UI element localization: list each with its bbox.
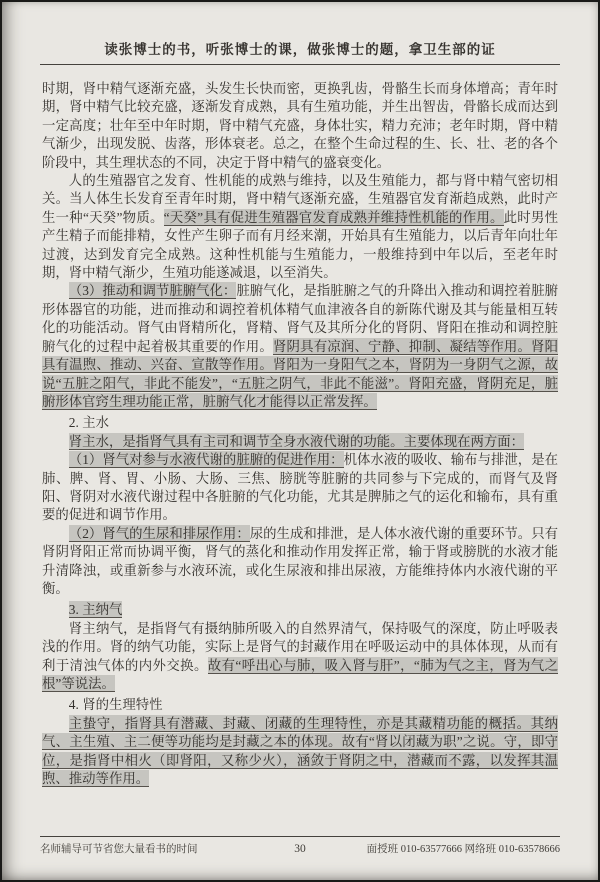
paragraph: （3）推动和调节脏腑气化：脏腑气化，是指脏腑之气的升降出入推动和调控着脏腑形体器… (42, 282, 558, 411)
page-header-slogan: 读张博士的书，听张博士的课，做张博士的题，拿卫生部的证 (40, 38, 560, 65)
paragraph: （1）肾气对参与水液代谢的脏腑的促进作用：机体水液的吸收、输布与排泄，是在肺、脾… (42, 451, 558, 525)
document-body: 时期，肾中精气逐渐充盛，头发生长快而密，更换乳齿，骨骼生长而身体增高；青年时期，… (42, 80, 558, 788)
section-heading: 4. 肾的生理特性 (42, 696, 558, 714)
paragraph: （2）肾气的生尿和排尿作用：尿的生成和排泄，是人体水液代谢的重要环节。只有肾阴肾… (42, 525, 558, 599)
paragraph: 主蛰守，指肾具有潜藏、封藏、闭藏的生理特性，亦是其藏精功能的概括。其纳气、主生殖… (42, 715, 558, 789)
footer-contact-info: 面授班 010-63577666 网络班 010-63578666 (306, 841, 560, 856)
paragraph: 肾主纳气，是指肾气有摄纳肺所吸入的自然界清气，保持吸气的深度，防止呼吸表浅的作用… (42, 620, 558, 694)
page-number: 30 (294, 843, 306, 855)
section-heading: 2. 主水 (42, 414, 558, 432)
highlighted-text: 3. 主纳气 (69, 601, 123, 618)
highlighted-text: （2）肾气的生尿和排尿作用： (69, 525, 250, 542)
highlighted-text: 主蛰守，指肾具有潜藏、封藏、闭藏的生理特性，亦是其藏精功能的概括。其纳气、主生殖… (42, 715, 558, 787)
footer-left-note: 名师辅导可节省您大量看书的时间 (40, 841, 294, 856)
highlighted-text: （3）推动和调节脏腑气化： (69, 282, 237, 299)
body-text: 时期，肾中精气逐渐充盛，头发生长快而密，更换乳齿，骨骼生长而身体增高；青年时期，… (42, 81, 558, 170)
highlighted-text: （1）肾气对参与水液代谢的脏腑的促进作用： (69, 451, 344, 468)
paragraph: 人的生殖器官之发育、性机能的成熟与维持，以及生殖能力，都与肾中精气密切相关。当人… (42, 172, 558, 282)
paragraph: 肾主水，是指肾气具有主司和调节全身水液代谢的功能。主要体现在两方面： (42, 433, 558, 451)
section-heading: 3. 主纳气 (42, 601, 558, 619)
page-footer: 名师辅导可节省您大量看书的时间 30 面授班 010-63577666 网络班 … (40, 836, 560, 856)
highlighted-text: “天癸”具有促进生殖器官发育成熟并维持性机能的作用。 (164, 209, 504, 226)
paragraph: 时期，肾中精气逐渐充盛，头发生长快而密，更换乳齿，骨骼生长而身体增高；青年时期，… (42, 80, 558, 172)
highlighted-text: 肾主水，是指肾气具有主司和调节全身水液代谢的功能。主要体现在两方面： (69, 433, 524, 450)
body-text: 2. 主水 (69, 415, 109, 430)
scanned-page: 读张博士的书，听张博士的课，做张博士的题，拿卫生部的证 时期，肾中精气逐渐充盛，… (0, 0, 600, 882)
body-text: 4. 肾的生理特性 (69, 697, 163, 712)
